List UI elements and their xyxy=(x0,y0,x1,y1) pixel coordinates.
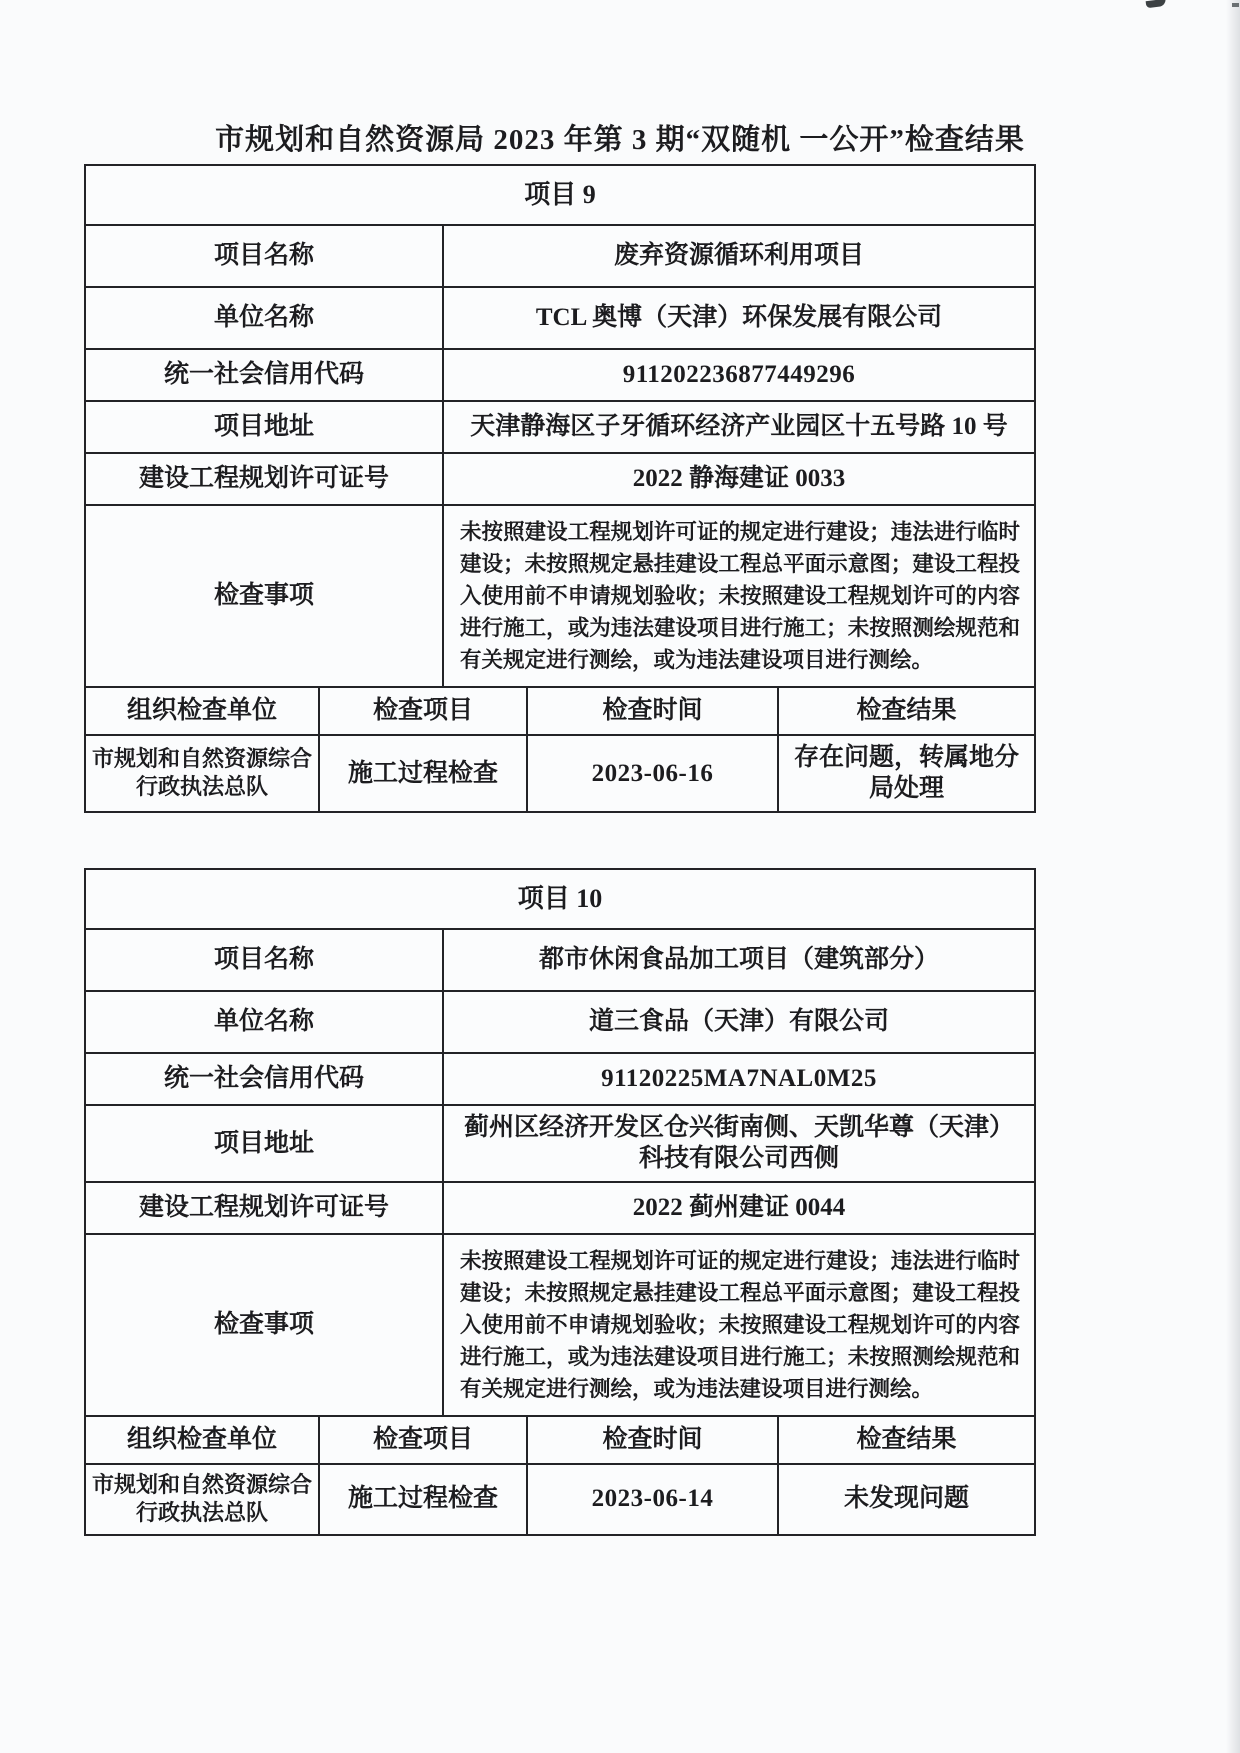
table-row: 单位名称 道三食品（天津）有限公司 xyxy=(86,990,1034,1052)
insp-project-header: 检查项目 xyxy=(318,688,526,734)
org-unit-header: 组织检查单位 xyxy=(86,1417,318,1463)
inspection-items-label: 检查事项 xyxy=(86,1235,442,1415)
unit-name-label: 单位名称 xyxy=(86,992,442,1052)
unit-name-value: 道三食品（天津）有限公司 xyxy=(442,992,1034,1052)
org-unit-value: 市规划和自然资源综合行政执法总队 xyxy=(86,1465,318,1534)
table-row: 项目名称 都市休闲食品加工项目（建筑部分） xyxy=(86,928,1034,990)
insp-time-header: 检查时间 xyxy=(526,688,777,734)
insp-result-header: 检查结果 xyxy=(777,1417,1034,1463)
unit-name-value: TCL 奥博（天津）环保发展有限公司 xyxy=(442,288,1034,348)
insp-time-value: 2023-06-16 xyxy=(526,736,777,811)
address-label: 项目地址 xyxy=(86,1106,442,1181)
page-title: 市规划和自然资源局 2023 年第 3 期“双随机 一公开”检查结果 xyxy=(0,117,1240,158)
scan-edge-shadow xyxy=(1226,0,1240,1753)
table-row: 建设工程规划许可证号 2022 静海建证 0033 xyxy=(86,452,1034,504)
insp-project-value: 施工过程检查 xyxy=(318,736,526,811)
credit-code-label: 统一社会信用代码 xyxy=(86,350,442,400)
project-name-label: 项目名称 xyxy=(86,226,442,286)
table-row: 项目地址 蓟州区经济开发区仓兴街南侧、天凯华尊（天津）科技有限公司西侧 xyxy=(86,1104,1034,1181)
address-label: 项目地址 xyxy=(86,402,442,452)
address-value: 天津静海区子牙循环经济产业园区十五号路 10 号 xyxy=(442,402,1034,452)
table-row: 统一社会信用代码 911202236877449296 xyxy=(86,348,1034,400)
insp-time-header: 检查时间 xyxy=(526,1417,777,1463)
project-name-label: 项目名称 xyxy=(86,930,442,990)
table-row: 单位名称 TCL 奥博（天津）环保发展有限公司 xyxy=(86,286,1034,348)
table-header-row: 组织检查单位 检查项目 检查时间 检查结果 xyxy=(86,1415,1034,1463)
permit-no-label: 建设工程规划许可证号 xyxy=(86,454,442,504)
table-row: 项目 9 xyxy=(86,166,1034,224)
credit-code-label: 统一社会信用代码 xyxy=(86,1054,442,1104)
insp-time-value: 2023-06-14 xyxy=(526,1465,777,1534)
org-unit-value: 市规划和自然资源综合行政执法总队 xyxy=(86,736,318,811)
inspection-items-label: 检查事项 xyxy=(86,506,442,686)
table-row: 建设工程规划许可证号 2022 蓟州建证 0044 xyxy=(86,1181,1034,1233)
table-row: 项目地址 天津静海区子牙循环经济产业园区十五号路 10 号 xyxy=(86,400,1034,452)
scan-artifact xyxy=(1146,0,1167,8)
permit-no-value: 2022 静海建证 0033 xyxy=(442,454,1034,504)
unit-name-label: 单位名称 xyxy=(86,288,442,348)
credit-code-value: 91120225MA7NAL0M25 xyxy=(442,1054,1034,1104)
permit-no-value: 2022 蓟州建证 0044 xyxy=(442,1183,1034,1233)
project-name-value: 废弃资源循环利用项目 xyxy=(442,226,1034,286)
table-row: 检查事项 未按照建设工程规划许可证的规定进行建设；违法进行临时建设；未按照规定悬… xyxy=(86,504,1034,686)
scanned-document-page: { "page": { "title": "市规划和自然资源局 2023 年第 … xyxy=(0,0,1240,1753)
project-header: 项目 9 xyxy=(86,166,1034,224)
insp-result-value: 存在问题，转属地分局处理 xyxy=(777,736,1034,811)
table-row: 市规划和自然资源综合行政执法总队 施工过程检查 2023-06-16 存在问题，… xyxy=(86,734,1034,811)
table-row: 项目 10 xyxy=(86,870,1034,928)
insp-project-value: 施工过程检查 xyxy=(318,1465,526,1534)
org-unit-header: 组织检查单位 xyxy=(86,688,318,734)
address-value: 蓟州区经济开发区仓兴街南侧、天凯华尊（天津）科技有限公司西侧 xyxy=(442,1106,1034,1181)
insp-result-header: 检查结果 xyxy=(777,688,1034,734)
project-header: 项目 10 xyxy=(86,870,1034,928)
table-row: 统一社会信用代码 91120225MA7NAL0M25 xyxy=(86,1052,1034,1104)
insp-project-header: 检查项目 xyxy=(318,1417,526,1463)
project-10-table: 项目 10 项目名称 都市休闲食品加工项目（建筑部分） 单位名称 道三食品（天津… xyxy=(84,868,1036,1536)
table-row: 项目名称 废弃资源循环利用项目 xyxy=(86,224,1034,286)
insp-result-value: 未发现问题 xyxy=(777,1465,1034,1534)
credit-code-value: 911202236877449296 xyxy=(442,350,1034,400)
inspection-items-text: 未按照建设工程规划许可证的规定进行建设；违法进行临时建设；未按照规定悬挂建设工程… xyxy=(442,506,1034,686)
inspection-items-text: 未按照建设工程规划许可证的规定进行建设；违法进行临时建设；未按照规定悬挂建设工程… xyxy=(442,1235,1034,1415)
table-header-row: 组织检查单位 检查项目 检查时间 检查结果 xyxy=(86,686,1034,734)
permit-no-label: 建设工程规划许可证号 xyxy=(86,1183,442,1233)
table-row: 市规划和自然资源综合行政执法总队 施工过程检查 2023-06-14 未发现问题 xyxy=(86,1463,1034,1534)
project-9-table: 项目 9 项目名称 废弃资源循环利用项目 单位名称 TCL 奥博（天津）环保发展… xyxy=(84,164,1036,813)
table-row: 检查事项 未按照建设工程规划许可证的规定进行建设；违法进行临时建设；未按照规定悬… xyxy=(86,1233,1034,1415)
project-name-value: 都市休闲食品加工项目（建筑部分） xyxy=(442,930,1034,990)
scan-artifact xyxy=(1232,3,1239,7)
